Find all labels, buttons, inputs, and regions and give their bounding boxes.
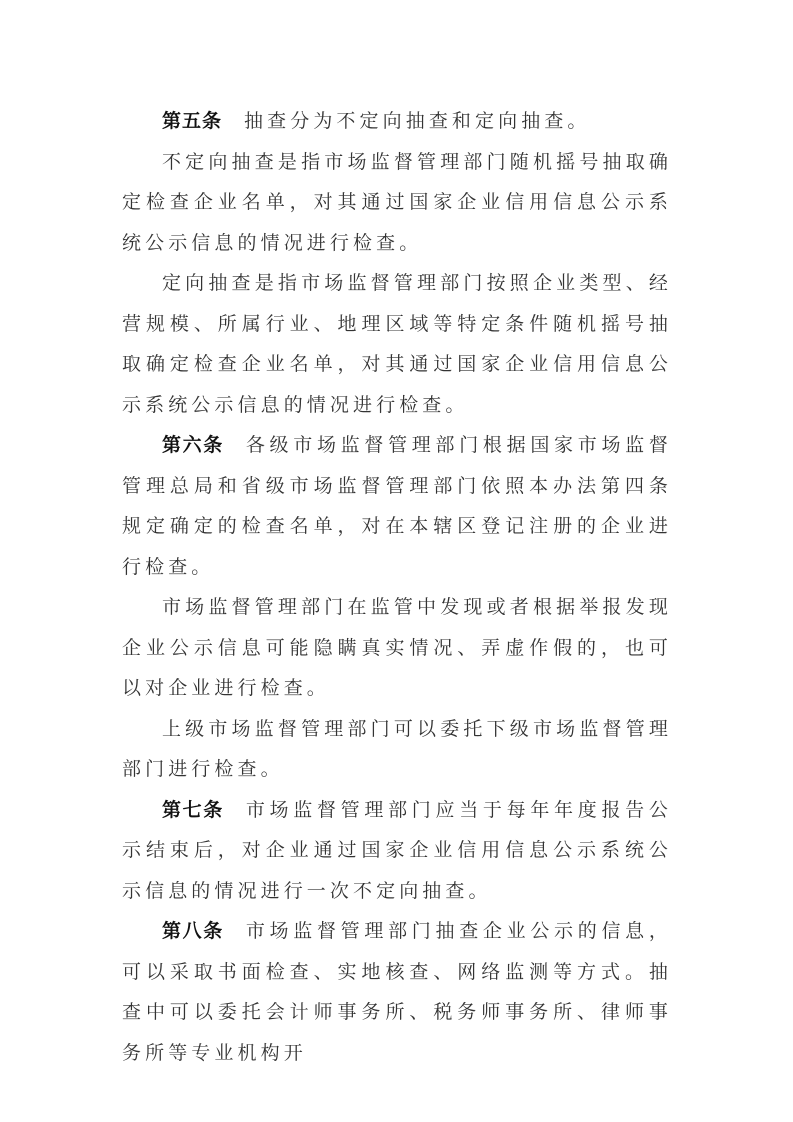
paragraph-undirected-inspection: 不定向抽查是指市场监督管理部门随机摇号抽取确定检查企业名单，对其通过国家企业信用… [122, 142, 672, 264]
paragraph-article-6: 第六条各级市场监督管理部门根据国家市场监督管理总局和省级市场监督管理部门依照本办… [122, 425, 672, 587]
paragraph-text: 定向抽查是指市场监督管理部门按照企业类型、经营规模、所属行业、地理区域等特定条件… [122, 272, 672, 416]
paragraph-report-inspection: 市场监督管理部门在监管中发现或者根据举报发现企业公示信息可能隐瞒真实情况、弄虚作… [122, 587, 672, 709]
article-number: 第五条 [162, 110, 222, 132]
paragraph-text: 抽查分为不定向抽查和定向抽查。 [244, 110, 591, 132]
paragraph-article-5: 第五条抽查分为不定向抽查和定向抽查。 [122, 101, 672, 142]
paragraph-text: 上级市场监督管理部门可以委托下级市场监督管理部门进行检查。 [122, 718, 672, 781]
paragraph-article-8: 第八条市场监督管理部门抽查企业公示的信息，可以采取书面检查、实地核查、网络监测等… [122, 911, 672, 1073]
paragraph-directed-inspection: 定向抽查是指市场监督管理部门按照企业类型、经营规模、所属行业、地理区域等特定条件… [122, 263, 672, 425]
article-number: 第八条 [162, 920, 224, 942]
paragraph-text: 不定向抽查是指市场监督管理部门随机摇号抽取确定检查企业名单，对其通过国家企业信用… [122, 151, 672, 254]
article-number: 第六条 [162, 434, 224, 456]
document-page: 第五条抽查分为不定向抽查和定向抽查。 不定向抽查是指市场监督管理部门随机摇号抽取… [122, 101, 672, 1073]
paragraph-delegation: 上级市场监督管理部门可以委托下级市场监督管理部门进行检查。 [122, 709, 672, 790]
paragraph-article-7: 第七条市场监督管理部门应当于每年年度报告公示结束后，对企业通过国家企业信用信息公… [122, 790, 672, 912]
article-number: 第七条 [162, 799, 224, 821]
paragraph-text: 市场监督管理部门在监管中发现或者根据举报发现企业公示信息可能隐瞒真实情况、弄虚作… [122, 596, 672, 699]
